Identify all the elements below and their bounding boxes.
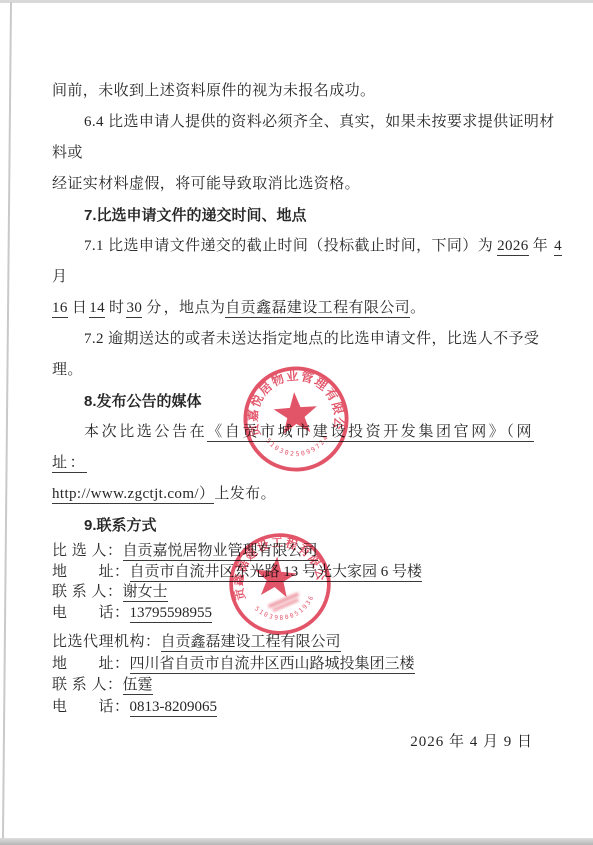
page-bottom-edge (0, 838, 593, 845)
inviter-contact-value: 谢女士 (123, 584, 168, 602)
paragraph-7-1-continued: 16日14时30分，地点为自贡鑫磊建设工程有限公司。 (52, 293, 569, 324)
bid-inviter-label: 比 选 人： (52, 543, 123, 559)
deadline-month: 4 (554, 238, 562, 256)
inviter-phone-value: 13795598955 (130, 605, 213, 623)
seal-star-icon (253, 555, 298, 598)
paragraph-6-4: 6.4 比选申请人提供的资料必须齐全、真实，如果未按要求提供证明材料或 (52, 107, 569, 169)
page-top-edge (0, 0, 593, 3)
agency-phone-label: 电 话： (52, 699, 130, 715)
deadline-year: 2026 (497, 238, 529, 256)
announcement-url: http://www.zgctjt.com/） (52, 486, 214, 504)
unit-day: 日 (72, 300, 87, 316)
intro-line2: 6.4 比选申请人提供的资料必须齐全、真实，如果未按要求提供证明材料或 (52, 114, 555, 161)
seal-star-icon (273, 391, 319, 435)
submission-place: 自贡鑫磊建设工程有限公司 (225, 300, 410, 318)
row-agency-contact-person: 联 系 人：伍霆 (52, 675, 569, 697)
p71-prefix: 7.1 比选申请文件递交的截止时间（投标截止时间，下同）为 (84, 238, 493, 254)
seal-registration-number: 5103025099724 (264, 433, 332, 461)
paragraph-8-continued: http://www.zgctjt.com/）上发布。 (52, 479, 569, 510)
deadline-minute: 30 (126, 300, 142, 318)
unit-year: 年 (533, 238, 548, 254)
agency-contact-block: 比选代理机构：自贡鑫磊建设工程有限公司 地 址：四川省自贡市自流井区西山路城投集… (52, 632, 569, 718)
page-left-edge (2, 2, 12, 844)
announcement-prefix: 本次比选公告在 (84, 424, 207, 440)
announcement-suffix: 上发布。 (214, 486, 276, 502)
agency-address-value: 四川省自贡市自流井区西山路城投集团三楼 (130, 656, 415, 674)
intro-line1: 间前，未收到上述资料原件的视为未报名成功。 (52, 83, 375, 99)
document-date: 2026 年 4 月 9 日 (52, 730, 569, 751)
official-seal-property-company: 自贡嘉悦居物业管理有限公司 5103025099724 (237, 360, 355, 478)
agency-contact-label: 联 系 人： (52, 677, 123, 693)
p71-end: 。 (410, 300, 425, 316)
inviter-phone-label: 电 话： (52, 605, 130, 621)
deadline-hour: 14 (89, 300, 105, 318)
section-7-heading: 7.比选申请文件的递交时间、地点 (52, 200, 569, 231)
unit-month: 月 (52, 269, 67, 285)
paragraph-continuation: 间前，未收到上述资料原件的视为未报名成功。 (52, 76, 569, 107)
row-agency-address: 地 址：四川省自贡市自流井区西山路城投集团三楼 (52, 654, 569, 676)
agency-label: 比选代理机构： (52, 634, 161, 650)
unit-minute: 分 (146, 300, 161, 316)
row-agency-phone: 电 话：0813-8209065 (52, 697, 569, 719)
seal-smudge (266, 592, 301, 613)
official-seal-agency-company: 自贡鑫磊建设工程有限公司 5103980051936 (223, 527, 337, 641)
inviter-address-label: 地 址： (52, 564, 130, 580)
p71-mid: ，地点为 (164, 300, 226, 316)
intro-line3: 经证实材料虚假，将可能导致取消比选资格。 (52, 176, 360, 192)
deadline-day: 16 (52, 300, 68, 318)
agency-contact-value: 伍霆 (123, 677, 153, 695)
inviter-contact-label: 联 系 人： (52, 584, 123, 600)
agency-address-label: 地 址： (52, 656, 130, 672)
paragraph-7-1: 7.1 比选申请文件递交的截止时间（投标截止时间，下同）为2026年4月 (52, 231, 569, 293)
agency-phone-value: 0813-8209065 (130, 699, 218, 717)
unit-hour: 时 (109, 300, 124, 316)
paragraph-6-4-continued: 经证实材料虚假，将可能导致取消比选资格。 (52, 169, 569, 200)
